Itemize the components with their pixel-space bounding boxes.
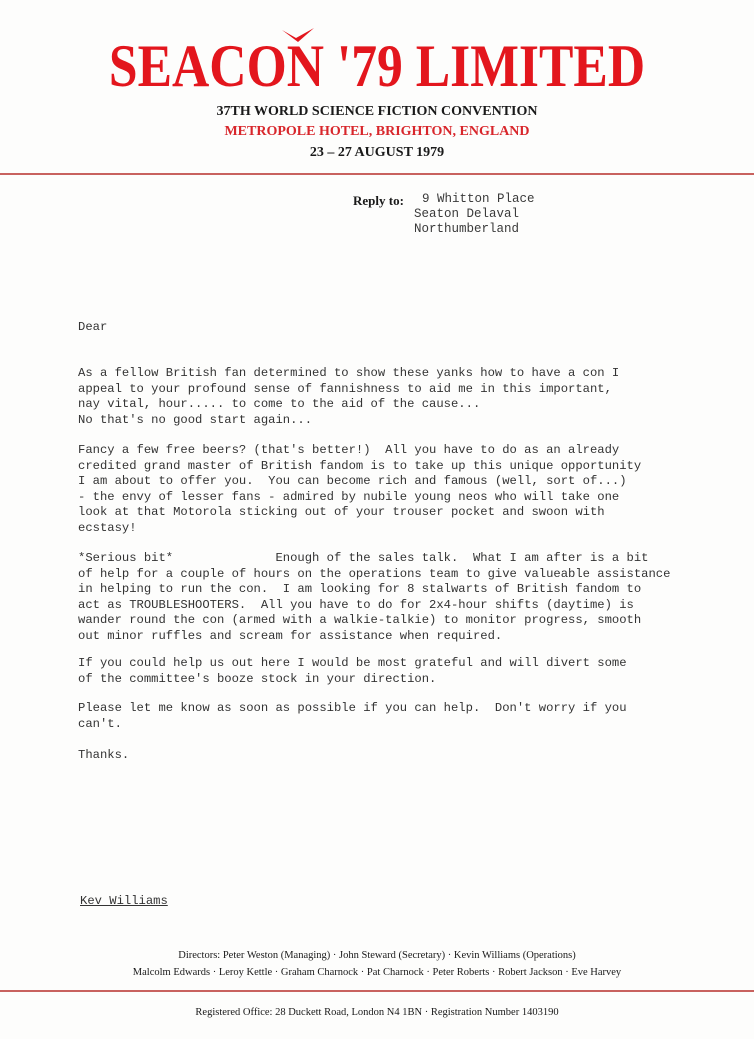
address-line: Seaton Delaval [414, 207, 535, 222]
reply-address: 9 Whitton Place Seaton Delaval Northumbe… [414, 192, 535, 237]
company-title: SEACON '79 LIMITED [53, 36, 701, 96]
letter-paragraph: Please let me know as soon as possible i… [78, 701, 698, 732]
convention-subtitle: 37TH WORLD SCIENCE FICTION CONVENTION [0, 104, 754, 120]
reply-label: Reply to: [353, 193, 404, 209]
convention-venue: METROPOLE HOTEL, BRIGHTON, ENGLAND [0, 124, 754, 140]
registered-office: Registered Office: 28 Duckett Road, Lond… [0, 1007, 754, 1018]
signature: Kev Williams [80, 894, 168, 908]
letter-paragraph: As a fellow British fan determined to sh… [78, 366, 698, 413]
closing: Thanks. [78, 748, 698, 764]
address-line: Northumberland [414, 222, 535, 237]
header-divider [0, 173, 754, 175]
convention-dates: 23 – 27 AUGUST 1979 [0, 145, 754, 161]
footer-divider [0, 990, 754, 992]
salutation: Dear [78, 320, 698, 336]
directors-line: Directors: Peter Weston (Managing) · Joh… [0, 950, 754, 961]
directors-line: Malcolm Edwards · Leroy Kettle · Graham … [0, 967, 754, 978]
letter-paragraph: *Serious bit* Enough of the sales talk. … [78, 551, 698, 644]
address-line: 9 Whitton Place [414, 192, 535, 207]
letter-paragraph: No that's no good start again... [78, 413, 698, 429]
letter-paragraph: Fancy a few free beers? (that's better!)… [78, 443, 698, 536]
letter-paragraph: If you could help us out here I would be… [78, 656, 698, 687]
